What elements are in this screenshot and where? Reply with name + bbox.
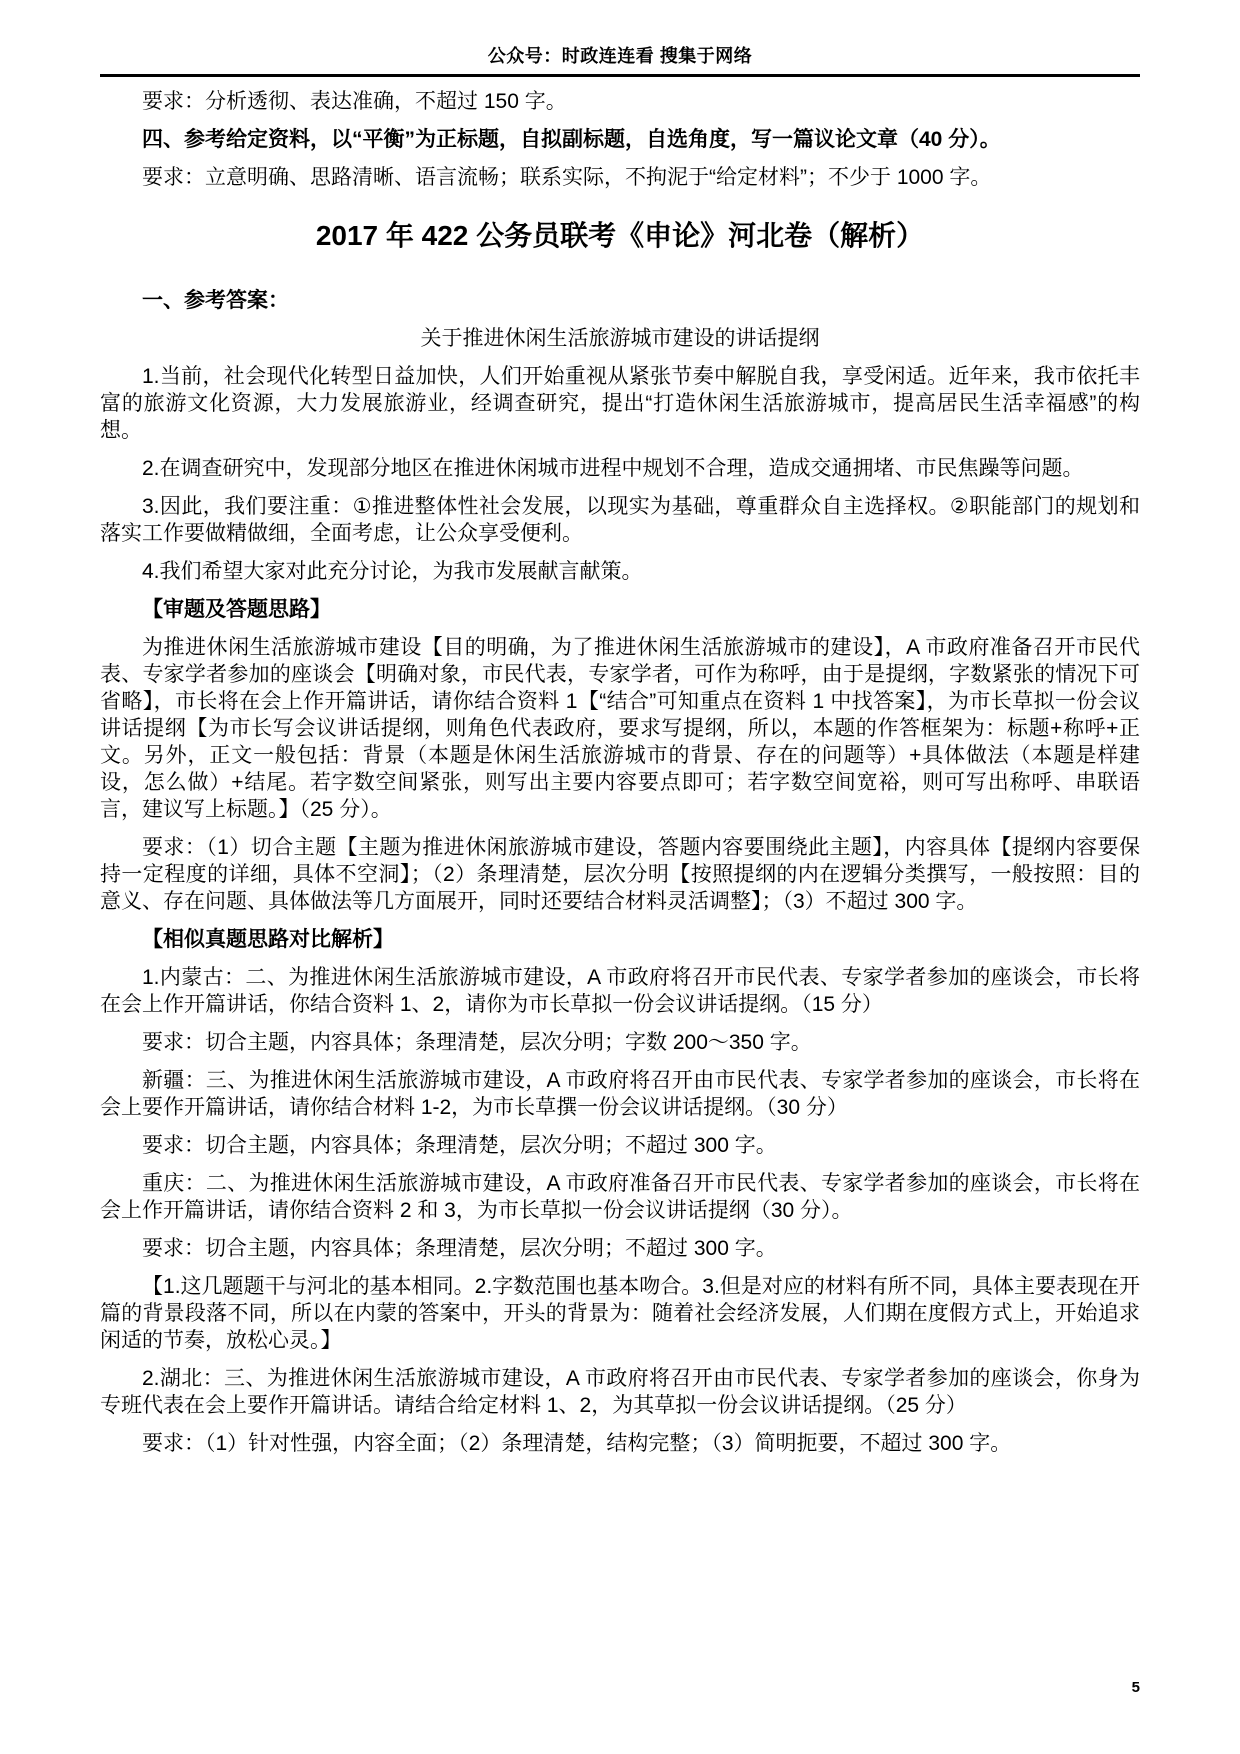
comparison-paragraph: 新疆：三、为推进休闲生活旅游城市建设，A 市政府将召开由市民代表、专家学者参加的… xyxy=(100,1067,1140,1121)
document-page: 公众号：时政连连看 搜集于网络 要求：分析透彻、表达准确，不超过 150 字。 … xyxy=(0,0,1240,1754)
header-divider xyxy=(100,74,1140,77)
requirement-text: 要求：立意明确、思路清晰、语言流畅；联系实际，不拘泥于“给定材料”；不少于 10… xyxy=(100,164,1140,191)
comparison-paragraph: 【1.这几题题干与河北的基本相同。2.字数范围也基本吻合。3.但是对应的材料有所… xyxy=(100,1273,1140,1354)
analysis-paragraph: 为推进休闲生活旅游城市建设【目的明确，为了推进休闲生活旅游城市的建设】，A 市政… xyxy=(100,634,1140,823)
document-title: 2017 年 422 公务员联考《申论》河北卷（解析） xyxy=(100,217,1140,255)
question-four: 四、参考给定资料，以“平衡”为正标题，自拟副标题，自选角度，写一篇议论文章（40… xyxy=(100,126,1140,153)
comparison-paragraph: 1.内蒙古：二、为推进休闲生活旅游城市建设，A 市政府将召开市民代表、专家学者参… xyxy=(100,964,1140,1018)
page-header: 公众号：时政连连看 搜集于网络 xyxy=(100,0,1140,68)
comparison-paragraph: 2.湖北：三、为推进休闲生活旅游城市建设，A 市政府将召开由市民代表、专家学者参… xyxy=(100,1365,1140,1419)
answer-paragraph: 3.因此，我们要注重：①推进整体性社会发展，以现实为基础，尊重群众自主选择权。②… xyxy=(100,493,1140,547)
section-heading-answers: 一、参考答案： xyxy=(100,287,1140,314)
answer-paragraph: 1.当前，社会现代化转型日益加快，人们开始重视从紧张节奏中解脱自我，享受闲适。近… xyxy=(100,363,1140,444)
page-number: 5 xyxy=(1132,1679,1140,1696)
answer-paragraph: 4.我们希望大家对此充分讨论，为我市发展献言献策。 xyxy=(100,558,1140,585)
section-heading-comparison: 【相似真题思路对比解析】 xyxy=(100,926,1140,953)
comparison-paragraph: 要求：切合主题，内容具体；条理清楚，层次分明；字数 200～350 字。 xyxy=(100,1029,1140,1056)
comparison-paragraph: 要求：切合主题，内容具体；条理清楚，层次分明；不超过 300 字。 xyxy=(100,1235,1140,1262)
outline-title: 关于推进休闲生活旅游城市建设的讲话提纲 xyxy=(100,325,1140,352)
analysis-paragraph: 要求：（1）切合主题【主题为推进休闲旅游城市建设，答题内容要围绕此主题】，内容具… xyxy=(100,834,1140,915)
requirement-text: 要求：分析透彻、表达准确，不超过 150 字。 xyxy=(100,88,1140,115)
section-heading-analysis: 【审题及答题思路】 xyxy=(100,596,1140,623)
comparison-paragraph: 要求：切合主题，内容具体；条理清楚，层次分明；不超过 300 字。 xyxy=(100,1132,1140,1159)
answer-paragraph: 2.在调查研究中，发现部分地区在推进休闲城市进程中规划不合理，造成交通拥堵、市民… xyxy=(100,455,1140,482)
comparison-paragraph: 要求：（1）针对性强，内容全面；（2）条理清楚，结构完整；（3）简明扼要，不超过… xyxy=(100,1430,1140,1457)
document-body: 要求：分析透彻、表达准确，不超过 150 字。 四、参考给定资料，以“平衡”为正… xyxy=(100,88,1140,1457)
comparison-paragraph: 重庆：二、为推进休闲生活旅游城市建设，A 市政府准备召开市民代表、专家学者参加的… xyxy=(100,1170,1140,1224)
